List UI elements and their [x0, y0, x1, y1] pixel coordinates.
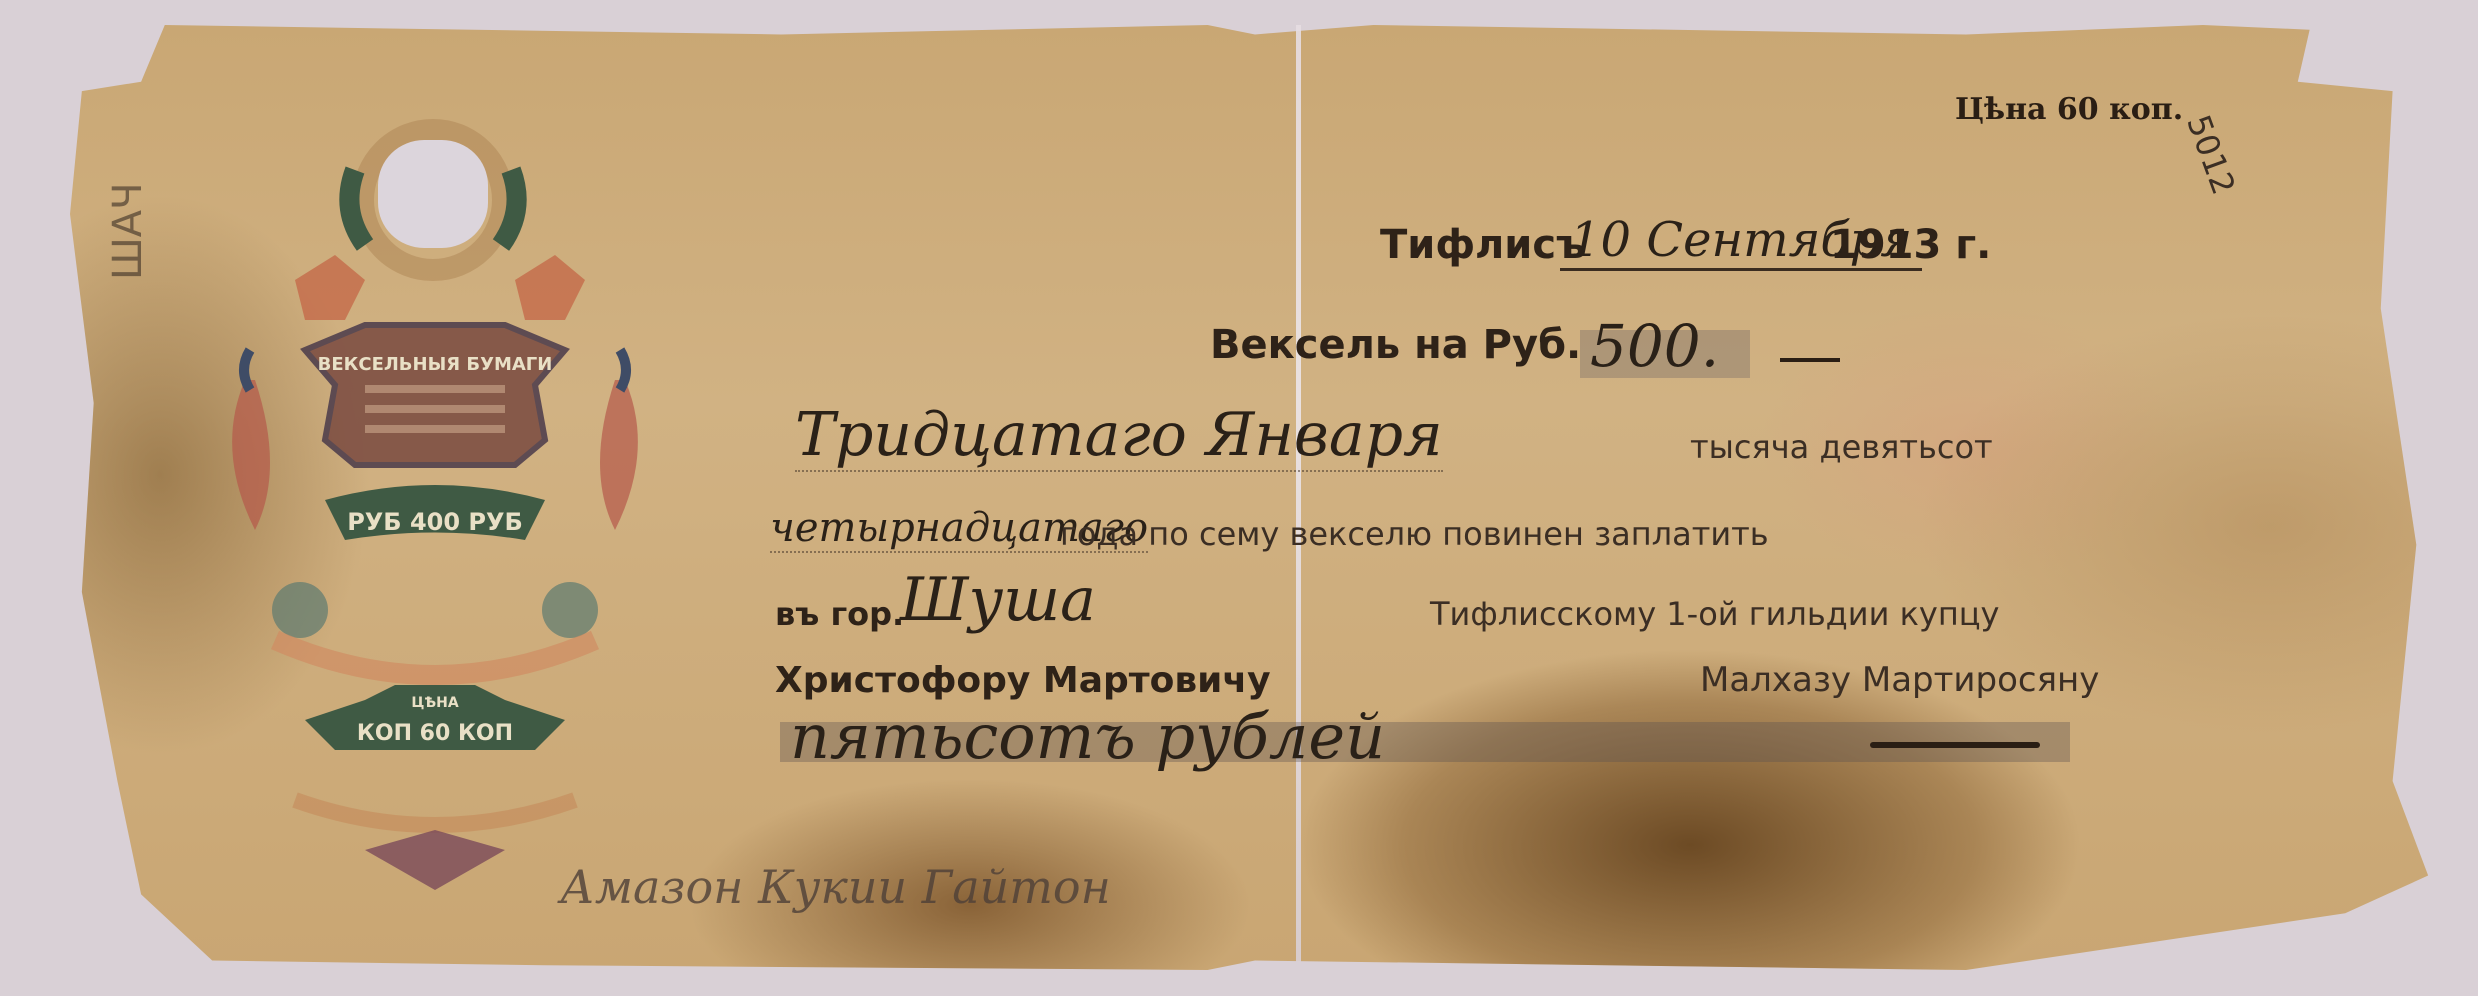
price-label: Цѣна 60 коп.: [1955, 92, 2183, 127]
vertical-tear: [1296, 25, 1301, 970]
city-handwritten: Шуша: [900, 565, 1096, 635]
payee-surname-printed: Малхазу Мартиросяну: [1700, 660, 2099, 700]
city-label: въ гор.: [775, 595, 904, 633]
due-year-printed: тысяча девятьсот: [1690, 428, 1993, 466]
payee-name-printed: Христофору Мартовичу: [775, 660, 1271, 701]
stamp-value-400: РУБ 400 РУБ: [347, 508, 523, 536]
due-date-handwritten: Тридцатаго Января: [795, 400, 1443, 472]
amount-words-dash: [1870, 742, 2040, 748]
stamp-price-60: КОП 60 КОП: [357, 721, 513, 746]
year-printed: 1913 г.: [1830, 222, 1991, 268]
obligation-printed: года по сему векселю повинен заплатить: [1060, 515, 1769, 553]
amount-dash: [1780, 358, 1840, 362]
stamp-price-label: ЦѢНА: [411, 695, 458, 711]
bill-label: Вексель на Руб.: [1210, 322, 1581, 368]
punched-hole: [378, 140, 488, 248]
payee-title-printed: Тифлисскому 1-ой гильдии купцу: [1430, 595, 1999, 633]
stamp-header: ВЕКСЕЛЬНЫЯ БУМАГИ: [318, 354, 553, 375]
place-label: Тифлисъ: [1380, 222, 1586, 268]
margin-note: ШАЧ: [105, 182, 151, 280]
amount-handwritten: 500.: [1590, 312, 1719, 380]
amount-words-handwritten: пятьсотъ рублей: [790, 700, 1385, 773]
signature: Амазон Кукии Гайтон: [560, 860, 1111, 914]
